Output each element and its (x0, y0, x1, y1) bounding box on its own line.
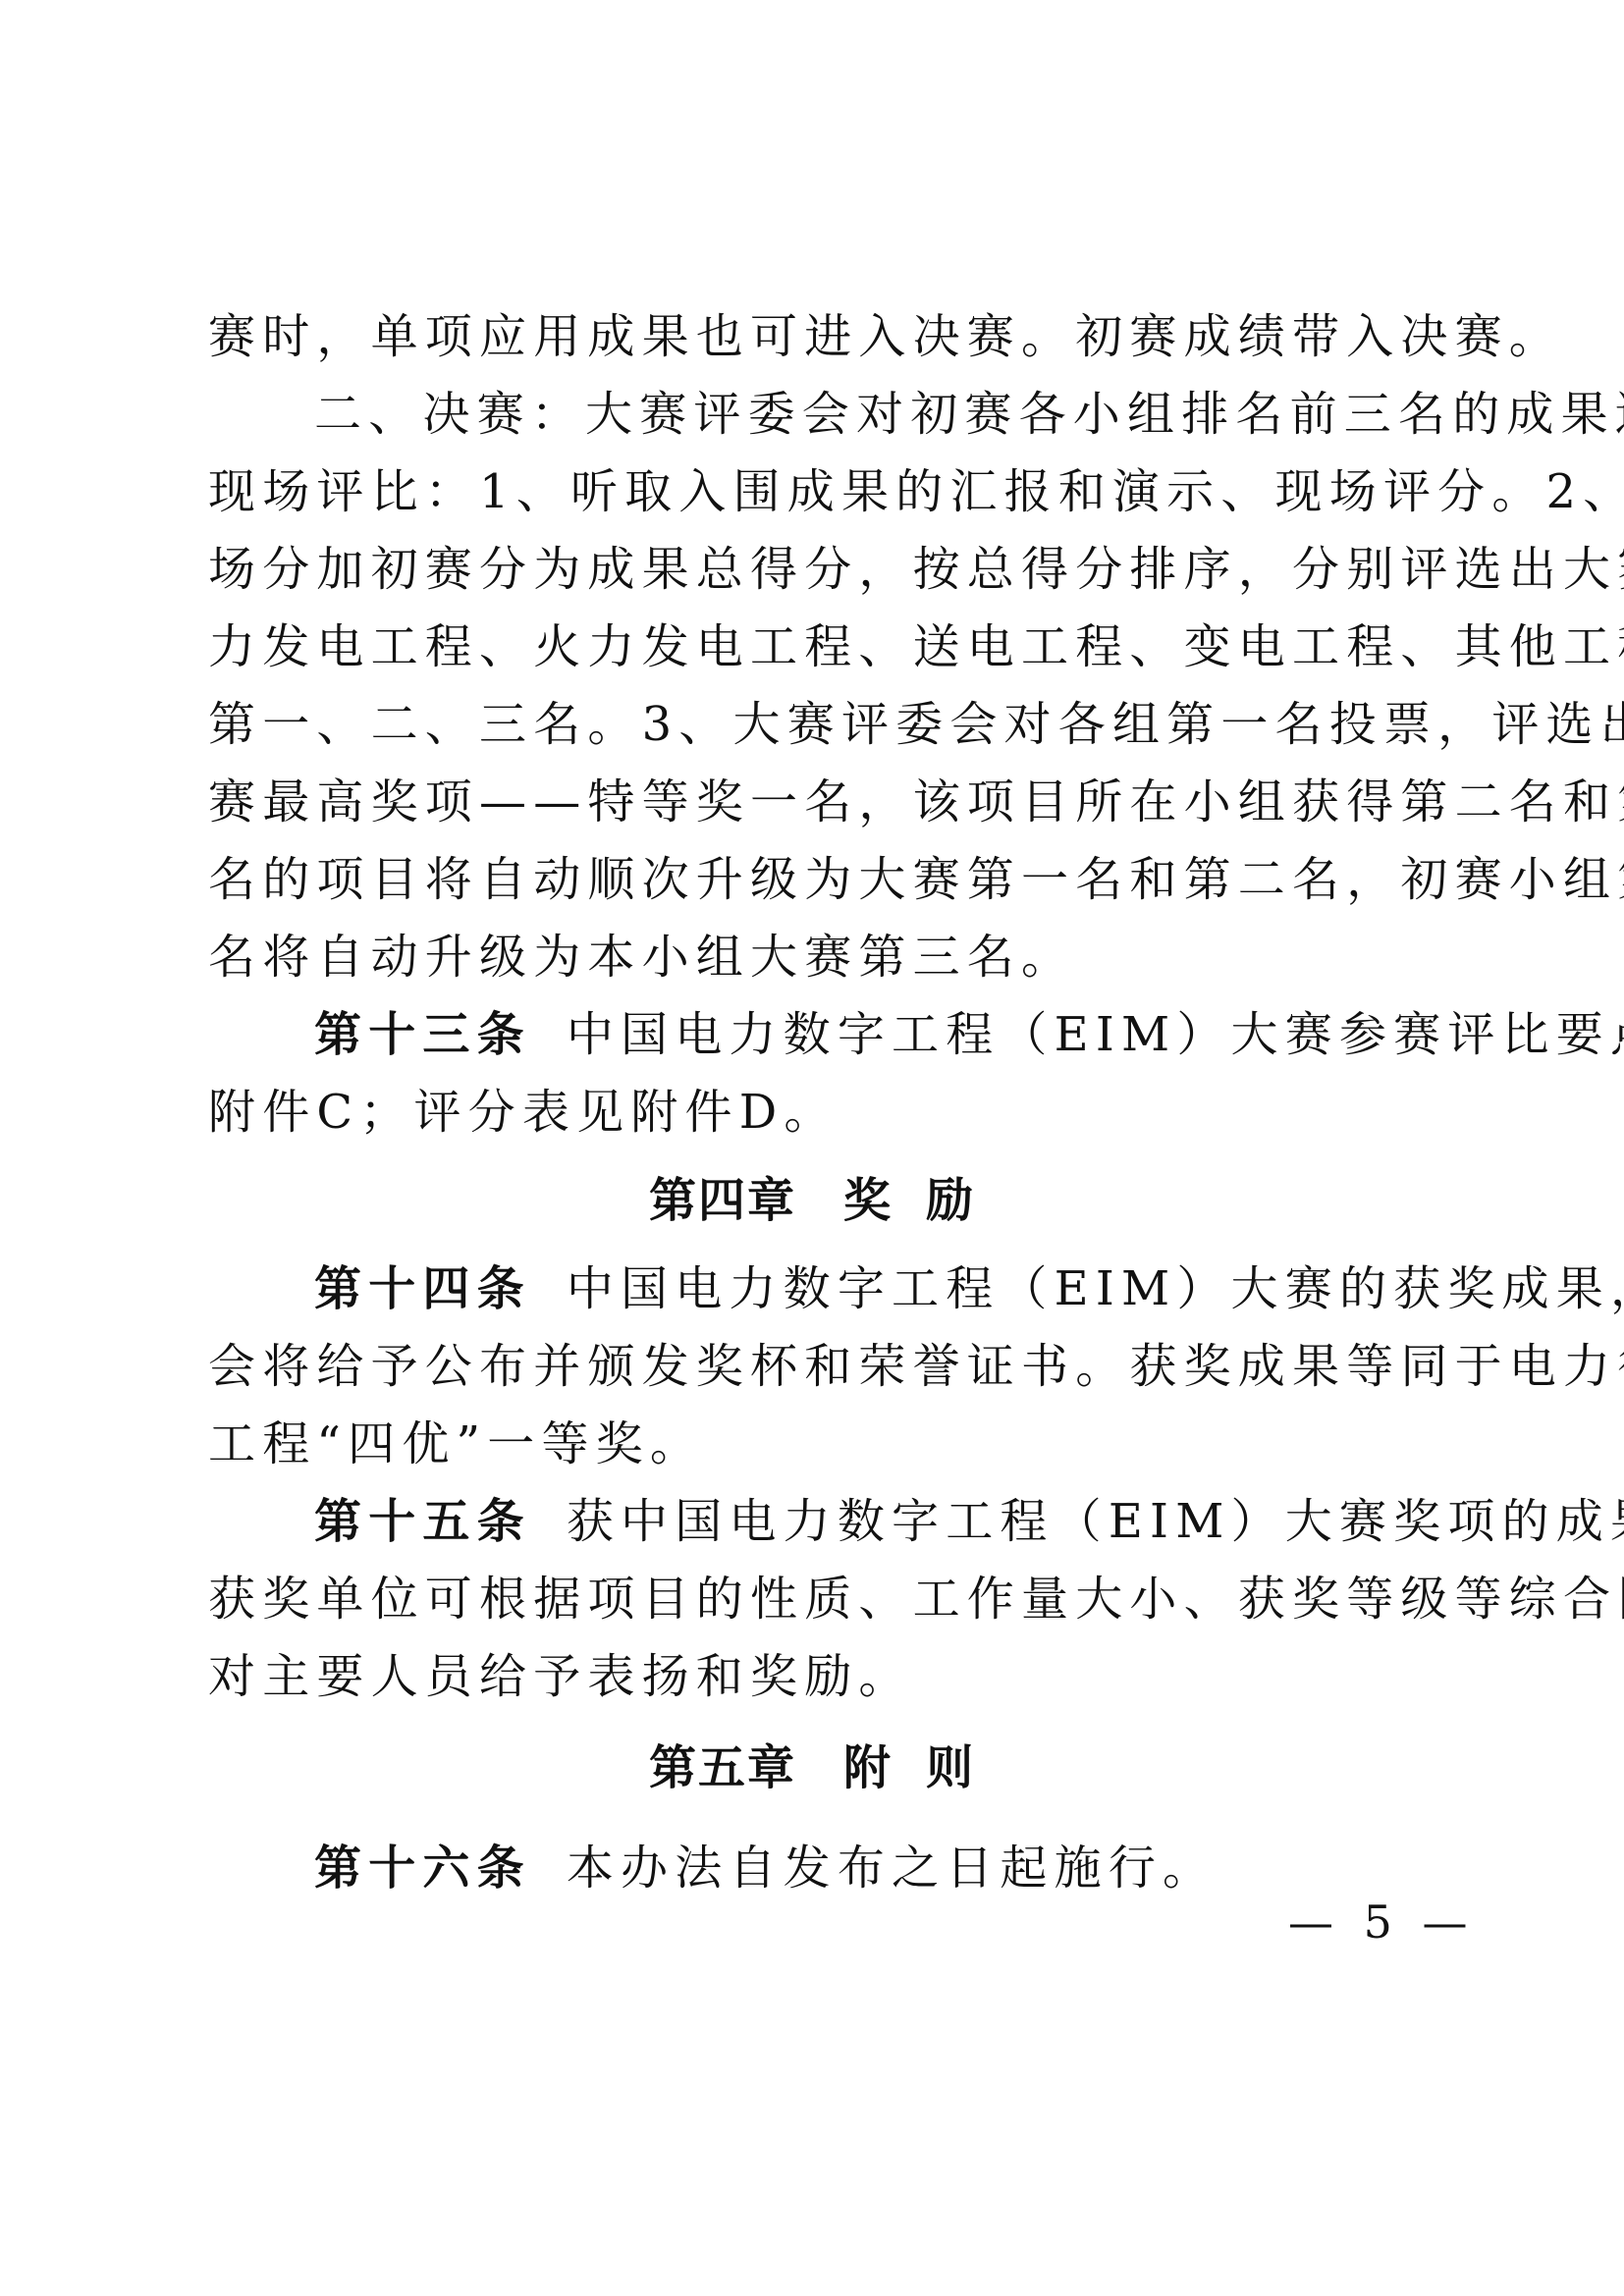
article-15: 第十五条获中国电力数字工程（EIM）大赛奖项的成果， (208, 1487, 1431, 1556)
article-16: 第十六条本办法自发布之日起施行。 (208, 1834, 1431, 1902)
body-line: 工程“四优”一等奖。 (208, 1410, 1431, 1478)
body-line: 名将自动升级为本小组大赛第三名。 (208, 923, 1431, 991)
document-page: 赛时，单项应用成果也可进入决赛。初赛成绩带入决赛。 二、决赛：大赛评委会对初赛各… (0, 0, 1624, 2296)
article-14: 第十四条中国电力数字工程（EIM）大赛的获奖成果，协 (208, 1255, 1431, 1323)
article-13: 第十三条中国电力数字工程（EIM）大赛参赛评比要点见 (208, 1000, 1431, 1069)
article-text: 中国电力数字工程（EIM）大赛的获奖成果，协 (567, 1261, 1624, 1316)
body-line: 获奖单位可根据项目的性质、工作量大小、获奖等级等综合因素， (208, 1565, 1431, 1633)
chapter-heading-4: 第四章奖励 (0, 1166, 1624, 1235)
chapter-title-char: 则 (926, 1740, 975, 1795)
body-line: 第一、二、三名。3、大赛评委会对各组第一名投票，评选出大 (208, 690, 1431, 759)
body-line: 场分加初赛分为成果总得分，按总得分排序，分别评选出大赛水 (208, 535, 1431, 604)
body-line: 二、决赛：大赛评委会对初赛各小组排名前三名的成果进行 (208, 380, 1431, 449)
body-line: 对主要人员给予表扬和奖励。 (208, 1642, 1431, 1711)
article-number: 第十五条 (314, 1494, 531, 1549)
body-line: 名的项目将自动顺次升级为大赛第一名和第二名，初赛小组第四 (208, 845, 1431, 914)
body-line: 赛时，单项应用成果也可进入决赛。初赛成绩带入决赛。 (208, 302, 1431, 371)
article-text: 中国电力数字工程（EIM）大赛参赛评比要点见 (567, 1007, 1624, 1062)
body-line: 附件C；评分表见附件D。 (208, 1078, 1431, 1147)
article-number: 第十四条 (314, 1261, 531, 1316)
body-line: 现场评比：1、听取入围成果的汇报和演示、现场评分。2、以现 (208, 457, 1431, 526)
chapter-number: 第四章 (649, 1173, 796, 1228)
article-number: 第十六条 (314, 1841, 531, 1896)
chapter-title-char: 奖 (843, 1173, 893, 1228)
article-text: 本办法自发布之日起施行。 (567, 1841, 1217, 1896)
body-line: 会将给予公布并颁发奖杯和荣誉证书。获奖成果等同于电力行业 (208, 1332, 1431, 1401)
article-number: 第十三条 (314, 1007, 531, 1062)
article-text: 获中国电力数字工程（EIM）大赛奖项的成果， (567, 1494, 1624, 1549)
chapter-heading-5: 第五章附则 (0, 1734, 1624, 1802)
chapter-title-char: 附 (843, 1740, 893, 1795)
body-line: 赛最高奖项——特等奖一名，该项目所在小组获得第二名和第三 (208, 768, 1431, 836)
chapter-number: 第五章 (649, 1740, 796, 1795)
chapter-title-char: 励 (926, 1173, 975, 1228)
body-line: 力发电工程、火力发电工程、送电工程、变电工程、其他工程的 (208, 613, 1431, 681)
page-number: — 5 — (1288, 1891, 1476, 1953)
